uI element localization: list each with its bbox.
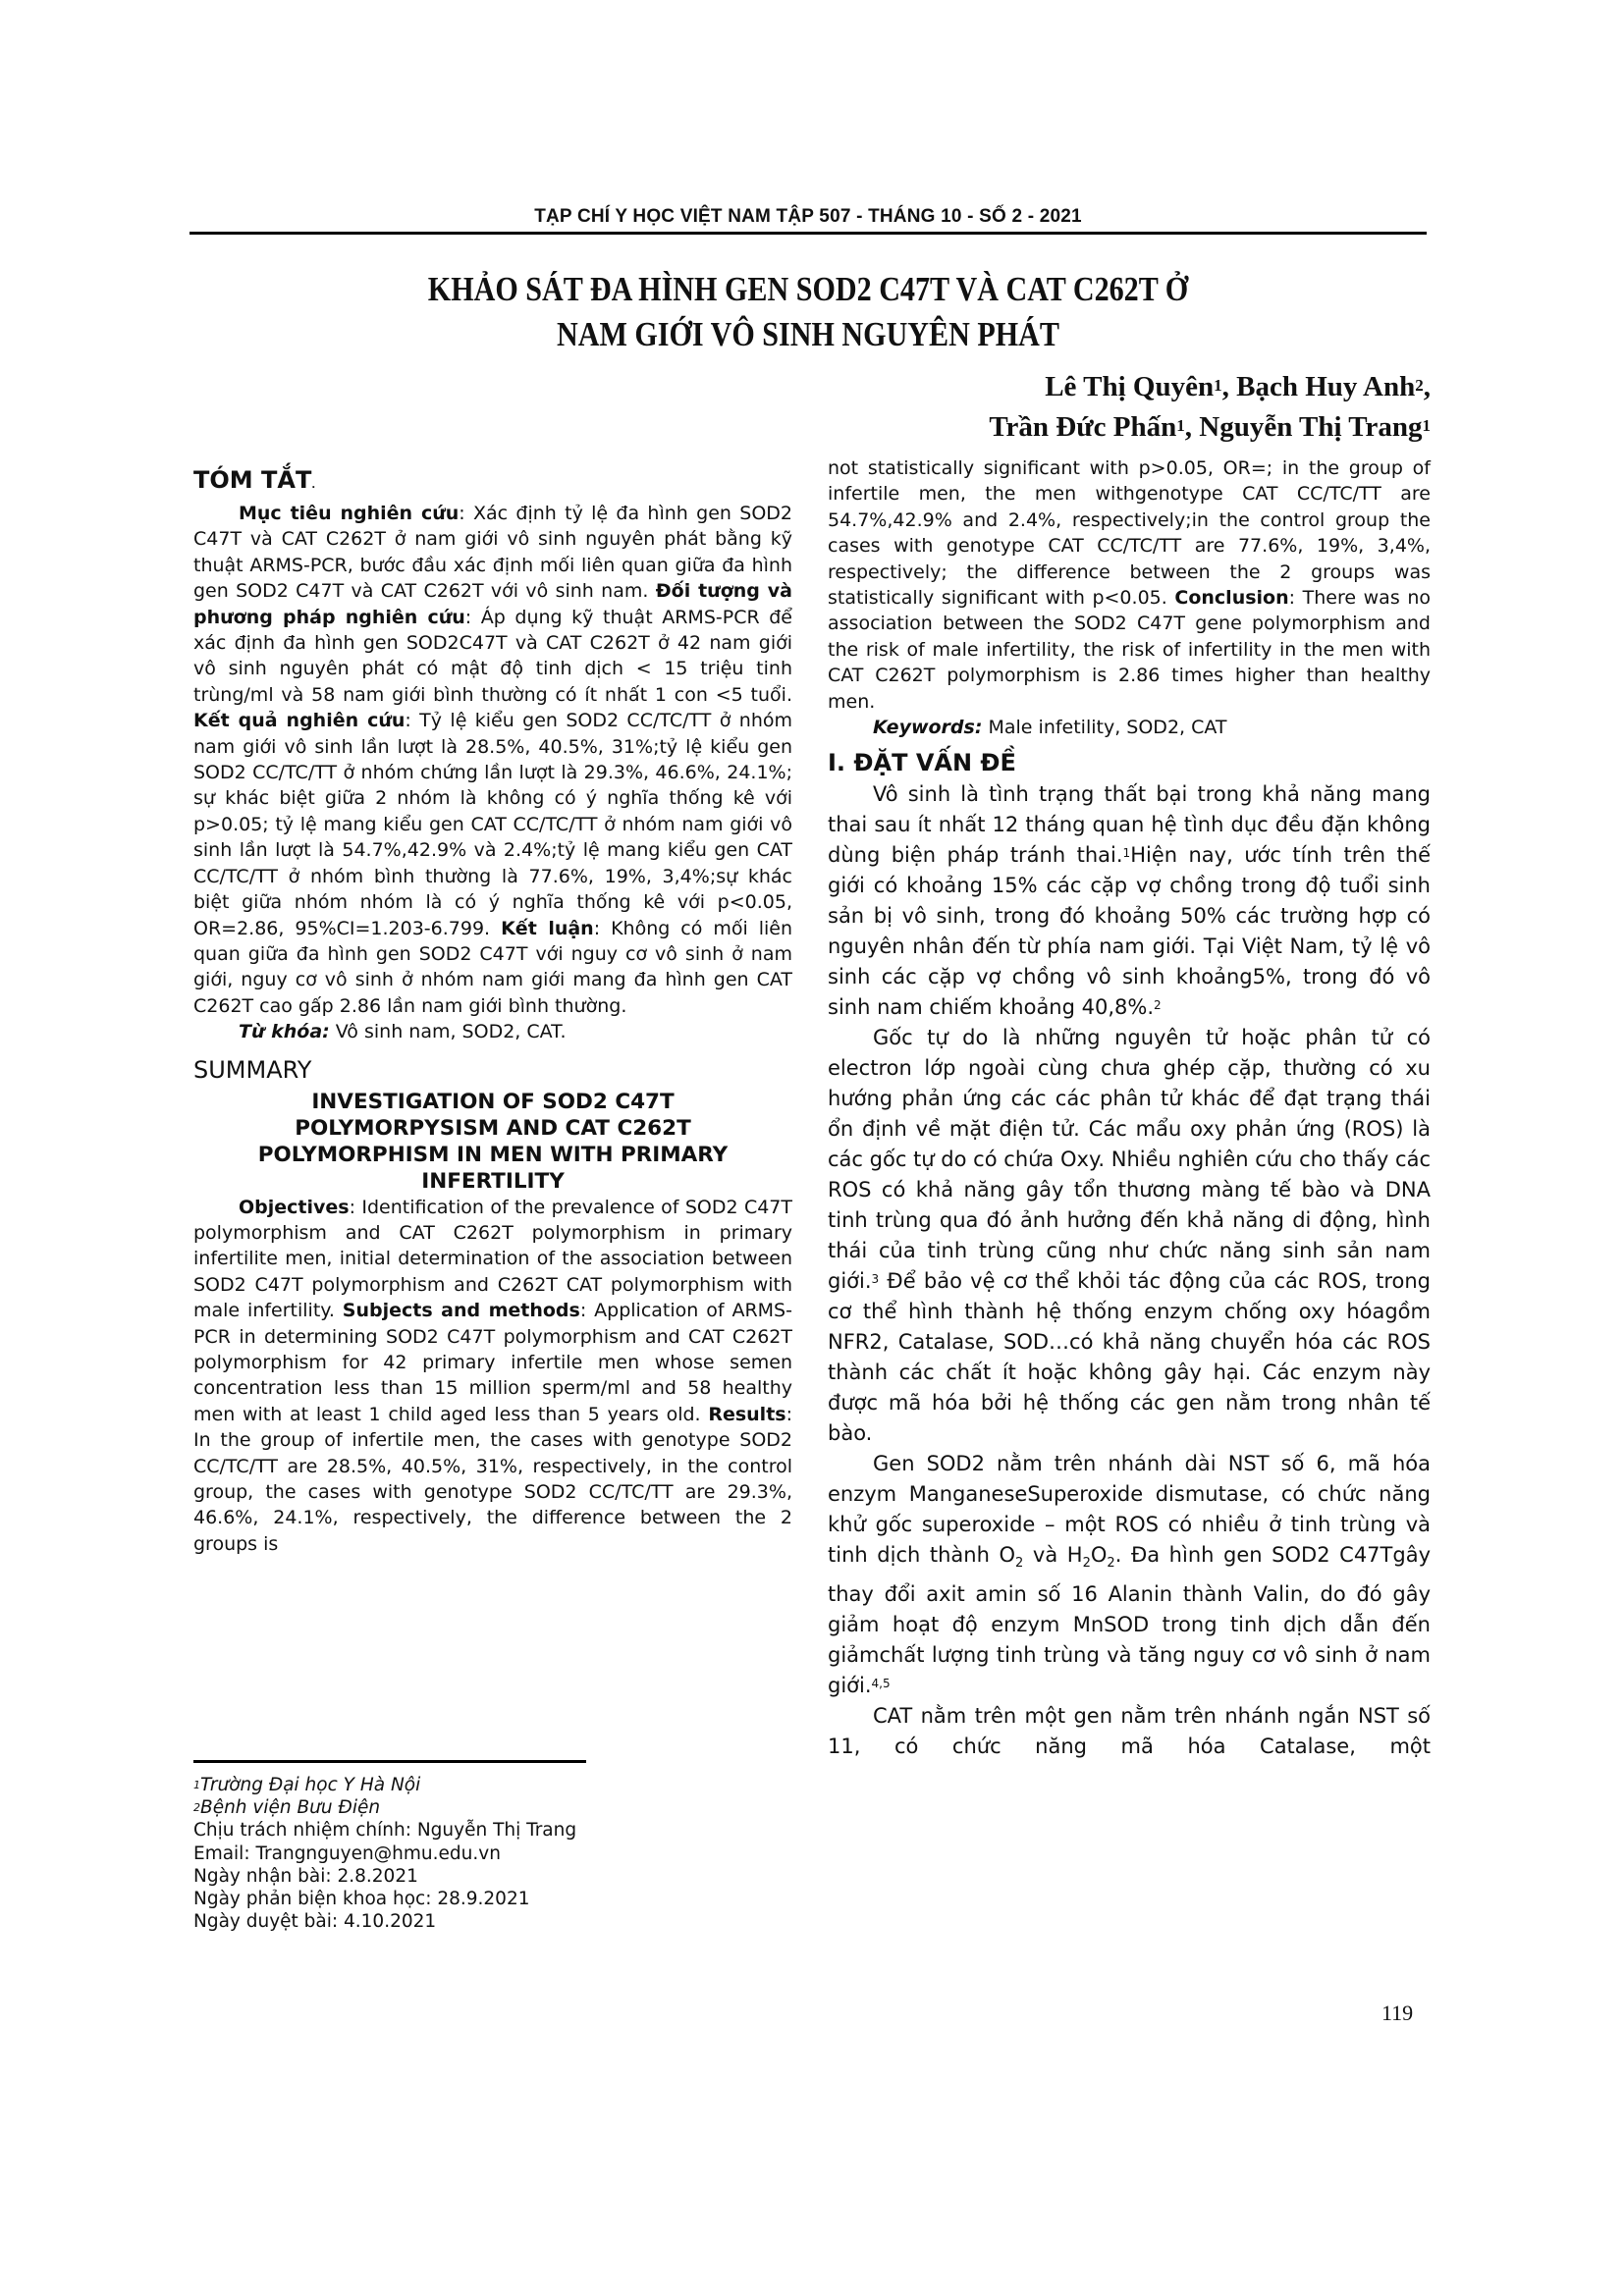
citation: 4,5 [872, 1677, 891, 1690]
results-text-continued: not statistically significant with p>0.0… [828, 457, 1431, 609]
english-title-line: POLYMORPYSISM AND CAT C262T [193, 1115, 792, 1142]
affiliation-marker: 2 [1415, 376, 1424, 395]
date-reviewed: Ngày phản biện khoa học: 28.9.2021 [193, 1888, 783, 1910]
intro-paragraph-3: Gen SOD2 nằm trên nhánh dài NST số 6, mã… [828, 1449, 1431, 1700]
english-title-line: INVESTIGATION OF SOD2 C47T [193, 1089, 792, 1115]
footnote-rule [193, 1760, 586, 1763]
results-label: Results [708, 1404, 785, 1425]
right-column: not statistically significant with p>0.0… [828, 455, 1431, 1762]
intro-paragraph-2: Gốc tự do là những nguyên tử hoặc phân t… [828, 1023, 1431, 1449]
title-line-1: KHẢO SÁT ĐA HÌNH GEN SOD2 C47T VÀ CAT C2… [276, 267, 1340, 312]
results-text: : Tỷ lệ kiểu gen SOD2 CC/TC/TT ở nhóm na… [193, 710, 792, 938]
author-line-2: Trần Đức Phấn1, Nguyễn Thị Trang1 [989, 407, 1431, 448]
citation: 1 [1123, 846, 1131, 860]
email: Email: Trangnguyen@hmu.edu.vn [193, 1842, 783, 1865]
citation: 2 [1154, 998, 1162, 1012]
affiliation-text: Bệnh viện Bưu Điện [200, 1797, 380, 1818]
results-label: Kết quả nghiên cứu [193, 710, 405, 731]
english-title-line: INFERTILITY [193, 1168, 792, 1195]
heading-text: TÓM TẮT [193, 466, 311, 494]
heading-trail: . [311, 480, 315, 491]
abstract-vi-heading: TÓM TẮT. [193, 465, 792, 501]
text: Hiện nay, ước tính trên thế giới có khoả… [828, 843, 1431, 1019]
title-line-2: NAM GIỚI VÔ SINH NGUYÊN PHÁT [276, 312, 1340, 357]
text: CAT nằm trên một gen nằm trên nhánh ngắn… [828, 1704, 1431, 1758]
abstract-en-continued: not statistically significant with p>0.0… [828, 455, 1431, 715]
abstract-en-body: Objectives: Identification of the preval… [193, 1195, 792, 1558]
date-received: Ngày nhận bài: 2.8.2021 [193, 1865, 783, 1888]
subscript: 2 [1107, 1557, 1114, 1572]
abstract-vi-body: Mục tiêu nghiên cứu: Xác định tỷ lệ đa h… [193, 501, 792, 1019]
keywords-text: Vô sinh nam, SOD2, CAT. [330, 1021, 567, 1042]
author-name: Nguyễn Thị Trang [1199, 411, 1422, 443]
left-column: TÓM TẮT. Mục tiêu nghiên cứu: Xác định t… [193, 465, 792, 1557]
author-separator: , [1222, 371, 1237, 402]
author-name: Trần Đức Phấn [989, 411, 1176, 443]
author-name: Lê Thị Quyên [1045, 371, 1214, 402]
text: O [1091, 1543, 1108, 1567]
intro-paragraph-1: Vô sinh là tình trạng thất bại trong khả… [828, 779, 1431, 1023]
affiliation-marker: 1 [1176, 416, 1185, 435]
author-list: Lê Thị Quyên1, Bạch Huy Anh2, Trần Đức P… [989, 367, 1431, 448]
running-head: TẠP CHÍ Y HỌC VIỆT NAM TẬP 507 - THÁNG 1… [189, 206, 1427, 228]
english-title: INVESTIGATION OF SOD2 C47T POLYMORPYSISM… [193, 1089, 792, 1195]
summary-heading: SUMMARY [193, 1055, 792, 1085]
keywords-en: Keywords: Male infetility, SOD2, CAT [828, 715, 1431, 740]
methods-label: Subjects and methods [343, 1300, 580, 1321]
results-text: : In the group of infertile men, the cas… [193, 1404, 792, 1555]
affiliation-marker: 1 [1214, 376, 1222, 395]
text: và H [1023, 1543, 1082, 1567]
keywords-text: Male infetility, SOD2, CAT [982, 717, 1226, 738]
keywords-label: Keywords: [873, 717, 982, 738]
text: Gốc tự do là những nguyên tử hoặc phân t… [828, 1026, 1431, 1293]
page-number: 119 [1381, 2001, 1413, 2026]
english-title-line: POLYMORPHISM IN MEN WITH PRIMARY [193, 1142, 792, 1168]
author-separator: , [1185, 411, 1200, 443]
author-separator: , [1424, 371, 1431, 402]
footnotes: 1Trường Đại học Y Hà Nội 2Bệnh viện Bưu … [193, 1774, 783, 1933]
date-accepted: Ngày duyệt bài: 4.10.2021 [193, 1910, 783, 1933]
introduction-heading: I. ĐẶT VẤN ĐỀ [828, 748, 1431, 777]
header-rule [189, 232, 1427, 235]
intro-paragraph-4: CAT nằm trên một gen nằm trên nhánh ngắn… [828, 1701, 1431, 1762]
author-name: Bạch Huy Anh [1236, 371, 1415, 402]
conclusion-label: Kết luận [501, 918, 594, 939]
subscript: 2 [1083, 1557, 1091, 1572]
article-title: KHẢO SÁT ĐA HÌNH GEN SOD2 C47T VÀ CAT C2… [276, 267, 1340, 357]
keywords-label: Từ khóa: [239, 1021, 330, 1042]
affiliation-1: 1Trường Đại học Y Hà Nội [193, 1774, 783, 1796]
introduction-body: Vô sinh là tình trạng thất bại trong khả… [828, 779, 1431, 1761]
affiliation-number: 2 [193, 1801, 200, 1814]
conclusion-label: Conclusion [1174, 587, 1288, 609]
affiliation-2: 2Bệnh viện Bưu Điện [193, 1796, 783, 1819]
keywords-vi: Từ khóa: Vô sinh nam, SOD2, CAT. [193, 1019, 792, 1044]
objectives-label: Objectives [239, 1197, 350, 1218]
citation: 3 [872, 1272, 880, 1286]
affiliation-number: 1 [193, 1779, 200, 1791]
corresponding-author: Chịu trách nhiệm chính: Nguyễn Thị Trang [193, 1819, 783, 1842]
affiliation-marker: 1 [1423, 416, 1432, 435]
objective-label: Mục tiêu nghiên cứu [239, 503, 459, 524]
author-line-1: Lê Thị Quyên1, Bạch Huy Anh2, [989, 367, 1431, 407]
text: Để bảo vệ cơ thể khỏi tác động của các R… [828, 1269, 1431, 1445]
affiliation-text: Trường Đại học Y Hà Nội [200, 1775, 420, 1795]
